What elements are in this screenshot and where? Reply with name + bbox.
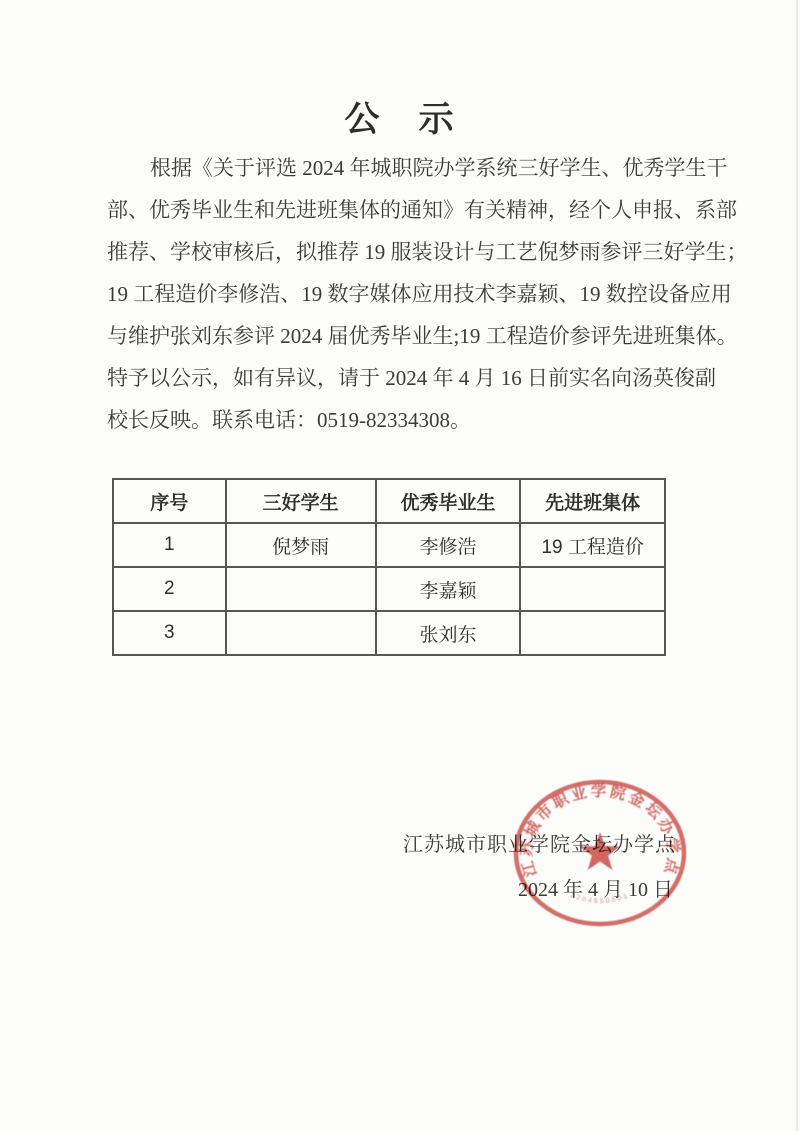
table-cell: 张刘东	[376, 611, 521, 655]
table-header-merit-student: 三好学生	[226, 479, 376, 523]
table-cell: 2	[113, 567, 226, 611]
table-cell: 1	[113, 523, 226, 567]
table-cell	[226, 611, 376, 655]
body-line: 根据《关于评选 2024 年城职院办学系统三好学生、优秀学生干	[107, 147, 689, 189]
notice-body: 根据《关于评选 2024 年城职院办学系统三好学生、优秀学生干 部、优秀毕业生和…	[107, 147, 689, 441]
table-row: 3 张刘东	[113, 611, 665, 655]
body-line: 部、优秀毕业生和先进班集体的通知》有关精神，经个人申报、系部	[107, 189, 689, 231]
scan-edge-line	[796, 0, 798, 1131]
body-line: 校长反映。联系电话：0519-82334308。	[107, 399, 689, 441]
table-cell: 李嘉颖	[376, 567, 521, 611]
table-cell: 李修浩	[376, 523, 521, 567]
table-cell: 3	[113, 611, 226, 655]
table-header-row: 序号 三好学生 优秀毕业生 先进班集体	[113, 479, 665, 523]
table-header-index: 序号	[113, 479, 226, 523]
table-cell	[520, 567, 665, 611]
table-row: 2 李嘉颖	[113, 567, 665, 611]
body-line: 与维护张刘东参评 2024 届优秀毕业生;19 工程造价参评先进班集体。	[107, 315, 689, 357]
signature-date: 2024 年 4 月 10 日	[518, 873, 673, 902]
signature-organization: 江苏城市职业学院金坛办学点	[403, 828, 676, 857]
body-line: 特予以公示，如有异议，请于 2024 年 4 月 16 日前实名向汤英俊副	[107, 357, 689, 399]
scanned-notice-page: 公 示 根据《关于评选 2024 年城职院办学系统三好学生、优秀学生干 部、优秀…	[0, 0, 800, 1131]
award-table: 序号 三好学生 优秀毕业生 先进班集体 1 倪梦雨 李修浩 19 工程造价 2 …	[112, 478, 666, 656]
table-cell: 19 工程造价	[520, 523, 665, 567]
table-header-outstanding-graduate: 优秀毕业生	[376, 479, 521, 523]
body-line: 19 工程造价李修浩、19 数字媒体应用技术李嘉颖、19 数控设备应用	[107, 273, 689, 315]
table-cell	[226, 567, 376, 611]
table-header-advanced-class: 先进班集体	[520, 479, 665, 523]
body-line: 推荐、学校审核后，拟推荐 19 服装设计与工艺倪梦雨参评三好学生；	[107, 231, 689, 273]
table-cell	[520, 611, 665, 655]
table-cell: 倪梦雨	[226, 523, 376, 567]
table-row: 1 倪梦雨 李修浩 19 工程造价	[113, 523, 665, 567]
page-title: 公 示	[0, 92, 800, 142]
